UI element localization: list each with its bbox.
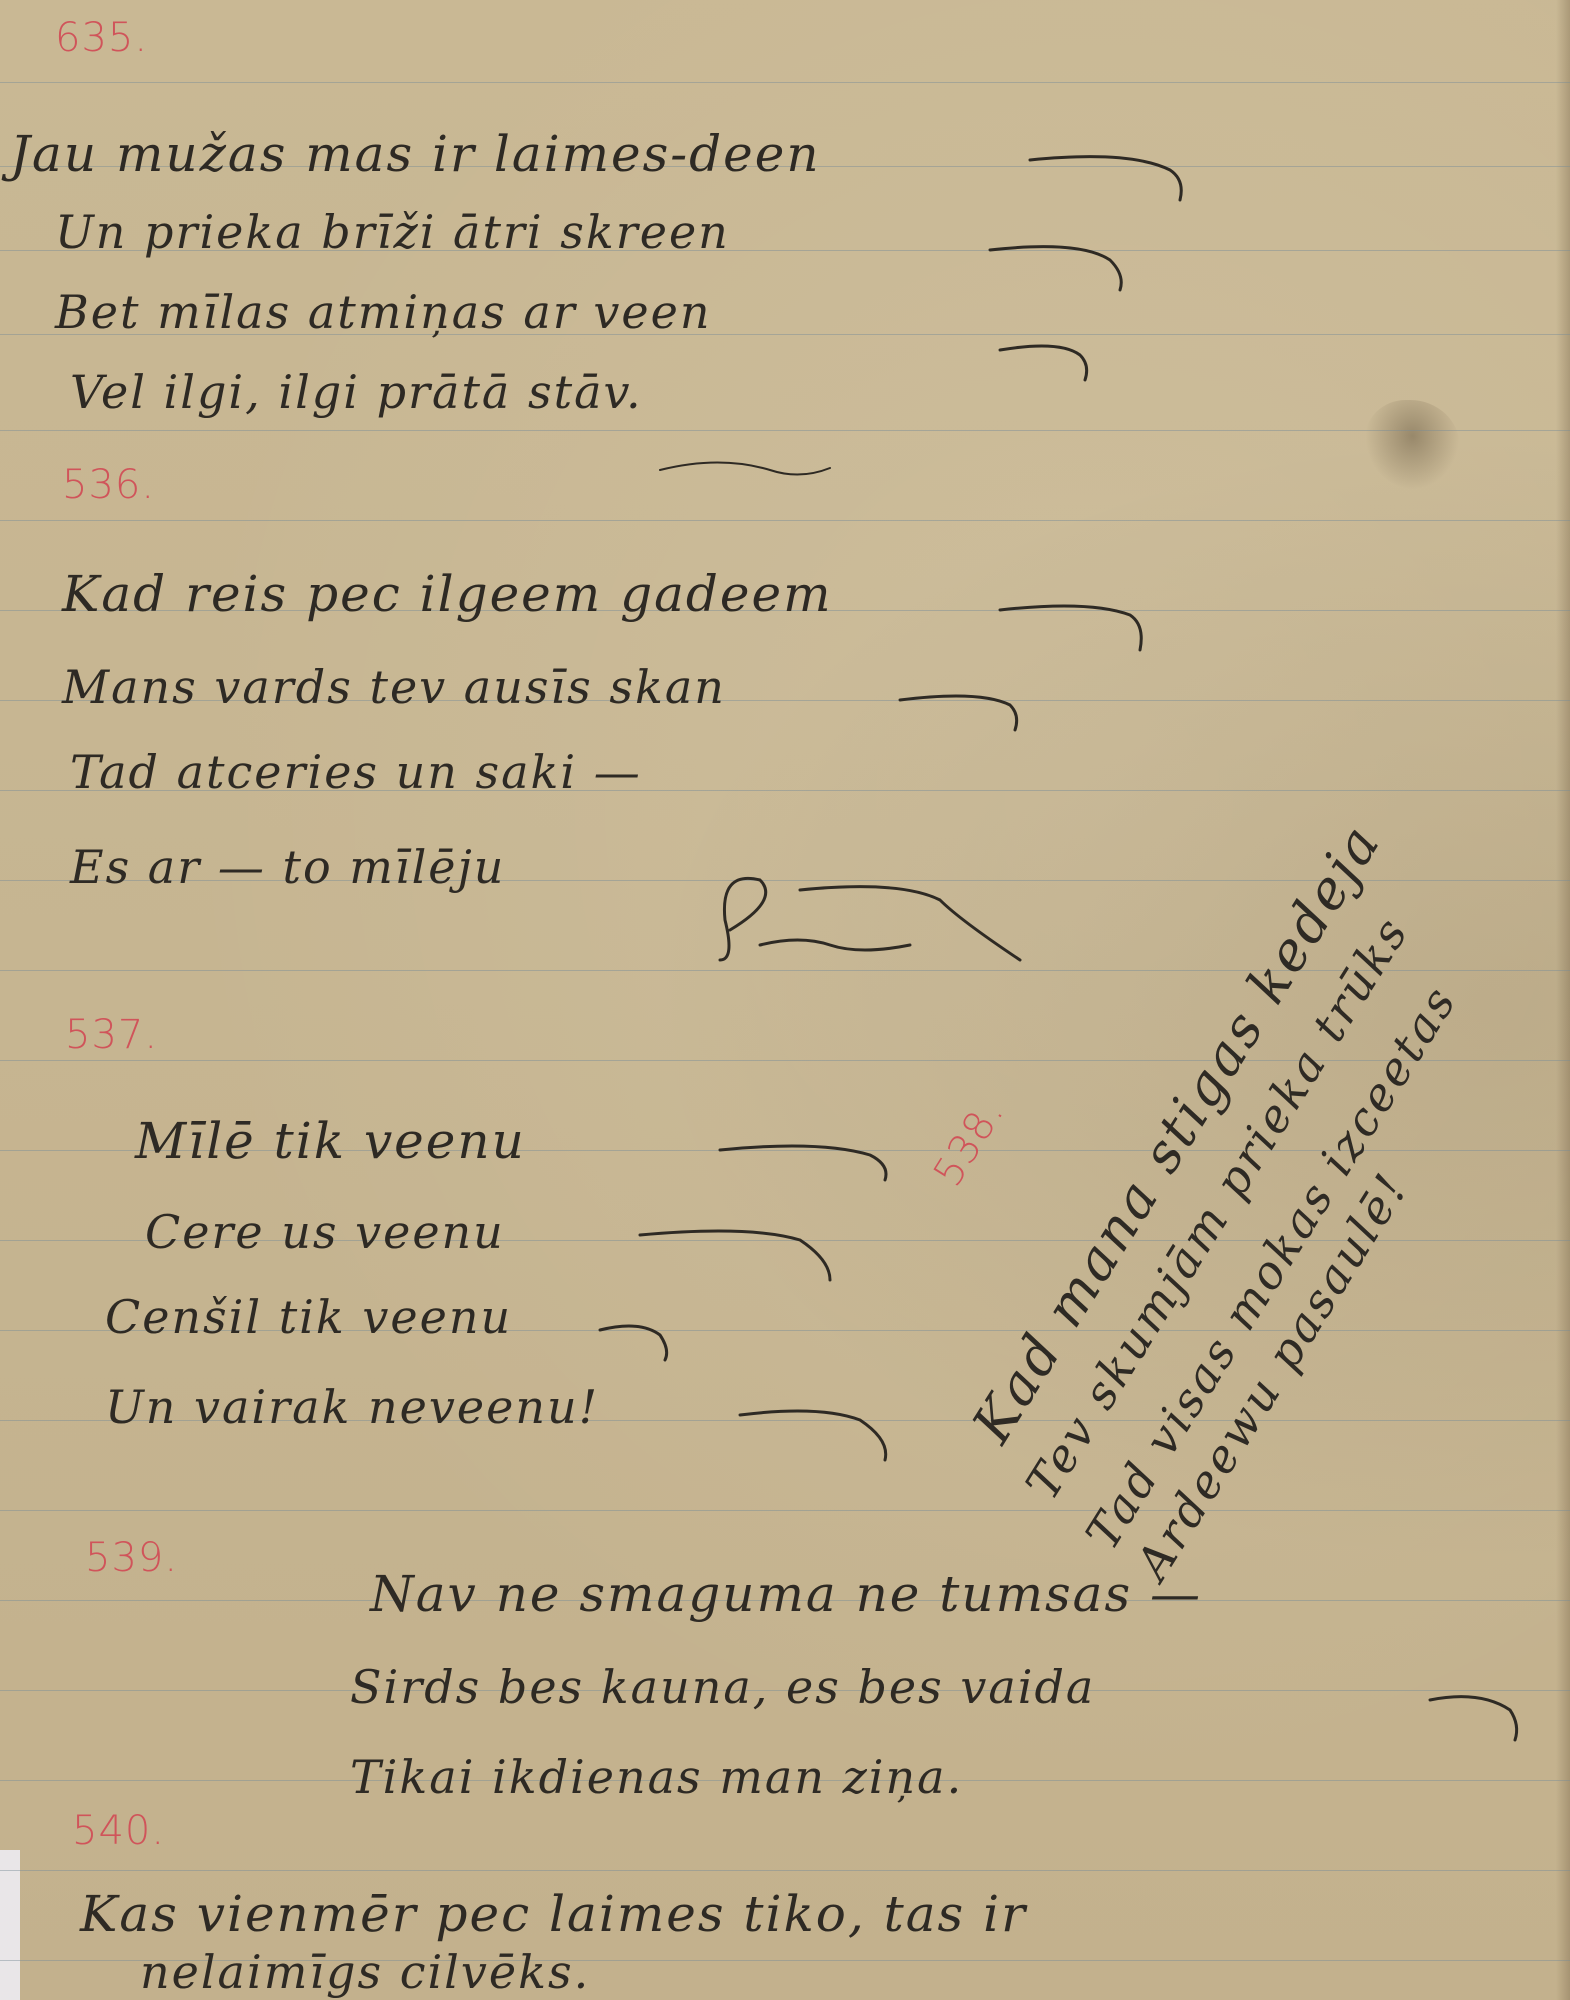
entry-number: 539. bbox=[85, 1535, 178, 1581]
entry-number: 537. bbox=[65, 1012, 158, 1058]
entry-number: 538. bbox=[925, 1091, 1013, 1194]
poem-line: Nav ne smaguma ne tumsas — bbox=[370, 1565, 1202, 1623]
ruled-line bbox=[0, 1510, 1570, 1511]
ruled-line bbox=[0, 430, 1570, 431]
ruled-line bbox=[0, 1870, 1570, 1871]
poem-line: Kad reis pec ilgeem gadeem bbox=[62, 565, 832, 623]
ruled-line bbox=[0, 82, 1570, 83]
poem-line: nelaimīgs cilvēks. bbox=[140, 1945, 590, 1999]
poem-line: Jau mužas mas ir laimes-deen bbox=[10, 125, 821, 183]
manuscript-page: 635. Jau mužas mas ir laimes-deen Un pri… bbox=[0, 0, 1570, 2000]
flourish-635-1 bbox=[1030, 157, 1181, 200]
poem-line: Un prieka brīži ātri skreen bbox=[55, 205, 730, 259]
ruled-line bbox=[0, 520, 1570, 521]
entry-number: 540. bbox=[72, 1808, 165, 1854]
poem-line: Cere us veenu bbox=[145, 1205, 505, 1259]
page-edge-shadow bbox=[1556, 0, 1570, 2000]
poem-line: Un vairak neveenu! bbox=[105, 1380, 599, 1434]
backing-page-edge bbox=[0, 1850, 20, 2000]
poem-line: Mans vards tev ausīs skan bbox=[62, 660, 726, 714]
poem-line: Es ar — to mīlēju bbox=[70, 840, 505, 894]
poem-line-diagonal: Tad visas mokas izceetas bbox=[1075, 975, 1467, 1558]
poem-line: Mīlē tik veenu bbox=[135, 1112, 526, 1170]
ink-stain bbox=[1365, 400, 1460, 490]
entry-number: 536. bbox=[62, 462, 155, 508]
poem-line: Vel ilgi, ilgi prātā stāv. bbox=[70, 365, 643, 419]
poem-line: Bet mīlas atmiņas ar veen bbox=[55, 285, 711, 339]
poem-line: Kas vienmēr pec laimes tiko, tas ir bbox=[80, 1885, 1027, 1943]
entry-number: 635. bbox=[55, 15, 148, 61]
poem-line: Tad atceries un saki — bbox=[70, 745, 642, 799]
poem-line: Sirds bes kauna, es bes vaida bbox=[350, 1660, 1095, 1714]
poem-line: Cenšil tik veenu bbox=[105, 1290, 512, 1344]
poem-line: Tikai ikdienas man ziņa. bbox=[350, 1750, 963, 1804]
